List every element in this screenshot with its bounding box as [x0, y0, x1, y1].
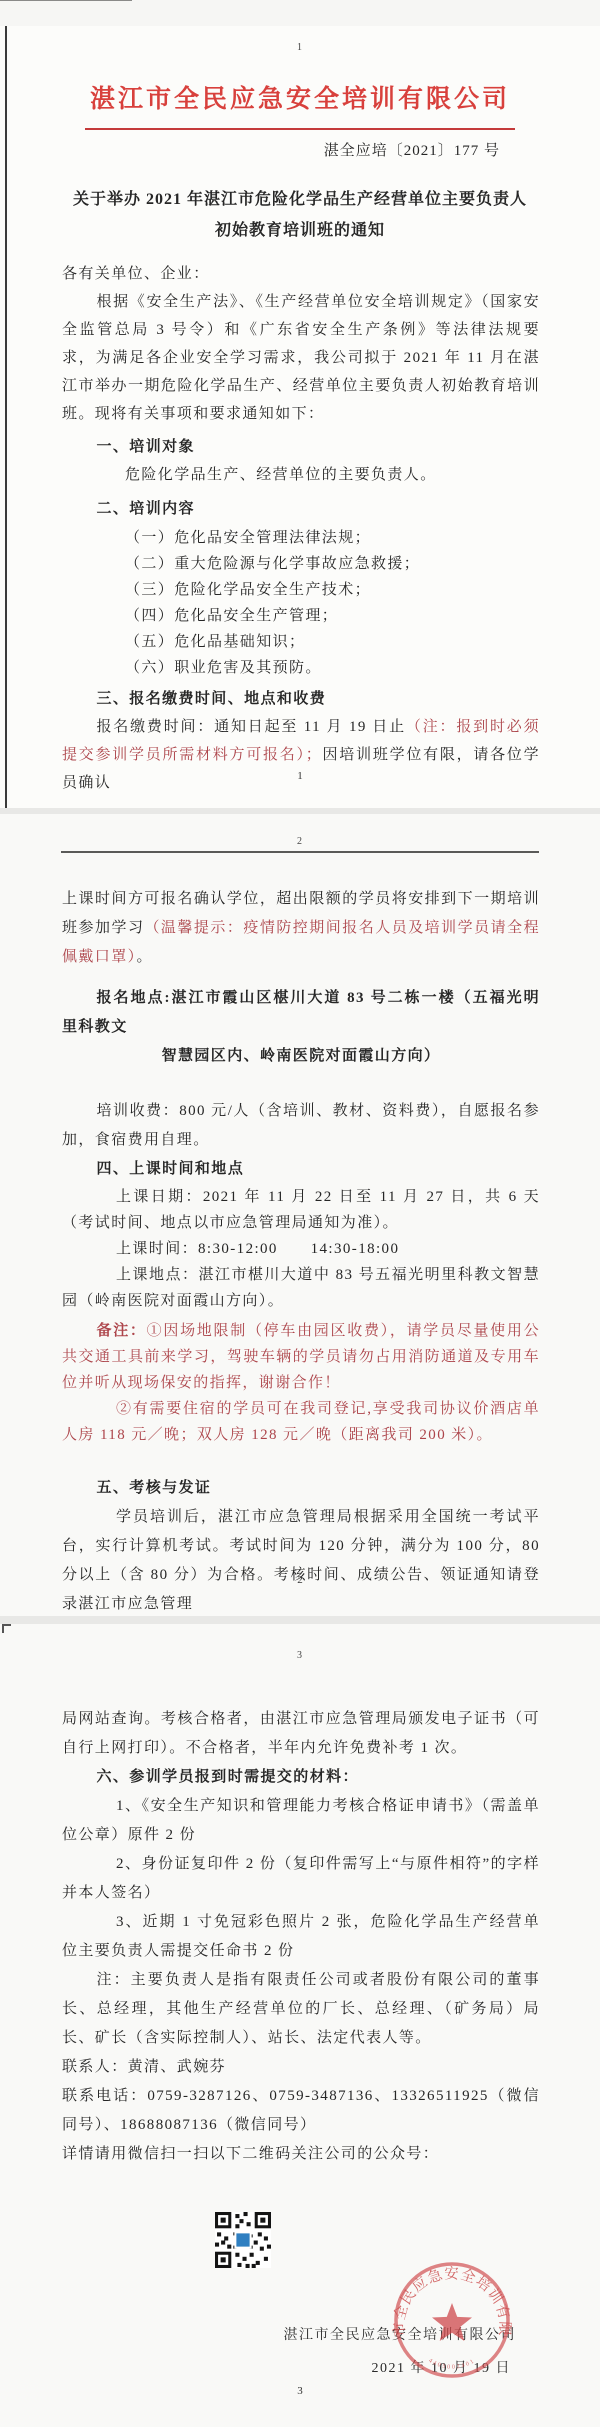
letterhead-red-rule — [85, 128, 515, 130]
scan-corner-mark — [2, 1624, 4, 1633]
page1-top-number: 1 — [0, 42, 600, 53]
page2-top-number: 2 — [0, 836, 600, 847]
material-item-2: 2、身份证复印件 2 份（复印件需写上“与原件相符”的字样并本人签名） — [62, 1850, 540, 1908]
notice-title-line1: 关于举办 2021 年湛江市危险化学品生产经营单位主要负责人 — [0, 184, 600, 215]
scan-edge-artifact — [0, 0, 132, 1]
section2-heading: 二、培训内容 — [62, 495, 540, 523]
section5-heading: 五、考核与发证 — [62, 1474, 540, 1503]
section1-body: 危险化学品生产、经营单位的主要负责人。 — [62, 461, 540, 489]
page3-top-number: 3 — [0, 1650, 600, 1661]
scan-left-shadow — [5, 26, 7, 808]
letterhead-org-name: 湛江市全民应急安全培训有限公司 — [0, 79, 600, 115]
registration-location-line2: 智慧园区内、岭南医院对面霞山方向） — [62, 1042, 540, 1071]
fee-paragraph: 培训收费：800 元/人（含培训、教材、资料费），自愿报名参加，食宿费用自理。 — [62, 1097, 540, 1155]
seal-star — [432, 2303, 472, 2341]
class-date: 上课日期：2021 年 11 月 22 日至 11 月 27 日，共 6 天（考… — [62, 1184, 540, 1236]
reg-time-text: 报名缴费时间：通知日起至 11 月 19 日止 — [97, 719, 406, 735]
salutation: 各有关单位、企业： — [62, 260, 540, 288]
page-2: 2 上课时间方可报名确认学位，超出限额的学员将安排到下一期培训班参加学习（温馨提… — [0, 814, 600, 1616]
registration-location-line1: 报名地点:湛江市霞山区椹川大道 83 号二栋一楼（五福光明里科教文 — [62, 984, 540, 1042]
section1-heading: 一、培训对象 — [62, 433, 540, 461]
note1-label: 备注： — [97, 1323, 147, 1339]
company-seal: 湛江市全民应急安全培训有限公司 4405002401 — [391, 2259, 513, 2386]
scanned-notice-document: 1 湛江市全民应急安全培训有限公司 湛全应培〔2021〕177 号 关于举办 2… — [0, 0, 600, 2427]
page-3: 3 局网站查询。考核合格者，由湛江市应急管理局颁发电子证书（可自行上网打印）。不… — [0, 1624, 600, 2427]
contact-person: 联系人：黄清、武婉芬 — [62, 2053, 540, 2082]
page-1: 1 湛江市全民应急安全培训有限公司 湛全应培〔2021〕177 号 关于举办 2… — [0, 26, 600, 808]
section3-heading: 三、报名缴费时间、地点和收费 — [62, 685, 540, 713]
exam-paragraph: 学员培训后，湛江市应急管理局根据采用全国统一考试平台，实行计算机考试。考试时间为… — [62, 1503, 540, 1619]
page3-bottom-number: 3 — [0, 2385, 600, 2397]
responsible-person-note: 注：主要负责人是指有限责任公司或者股份有限公司的董事长、总经理，其他生产经营单位… — [62, 1966, 540, 2053]
class-time: 上课时间：8:30-12:00 14:30-18:00 — [62, 1236, 540, 1262]
contact-phone: 联系电话：0759-3287126、0759-3487136、133265119… — [62, 2082, 540, 2140]
class-location: 上课地点：湛江市椹川大道中 83 号五福光明里科教文智慧园（岭南医院对面霞山方向… — [62, 1262, 540, 1314]
exam-continuation-paragraph: 局网站查询。考核合格者，由湛江市应急管理局颁发电子证书（可自行上网打印）。不合格… — [62, 1705, 540, 1763]
material-item-1: 1、《安全生产知识和管理能力考核合格证申请书》（需盖单位公章）原件 2 份 — [62, 1792, 540, 1850]
svg-text:4405002401: 4405002401 — [427, 2358, 476, 2371]
page2-bottom-number: 2 — [0, 1574, 600, 1586]
intro-paragraph: 根据《安全生产法》、《生产经营单位安全培训规定》（国家安全监管总局 3 号令）和… — [62, 288, 540, 428]
qr-tip: 详情请用微信扫一扫以下二维码关注公司的公众号： — [62, 2140, 540, 2169]
training-item-5: （五）危化品基础知识； — [62, 629, 540, 655]
seal-code-text: 4405002401 — [427, 2358, 476, 2371]
qr-code-image — [215, 2212, 271, 2268]
registration-paragraph: 报名缴费时间：通知日起至 11 月 19 日止（注：报到时必须提交参训学员所需材… — [62, 713, 540, 797]
training-item-2: （二）重大危险源与化学事故应急救援； — [62, 551, 540, 577]
qr-center-logo — [236, 2233, 249, 2246]
page2-top-rule — [61, 851, 539, 853]
document-number: 湛全应培〔2021〕177 号 — [0, 139, 600, 160]
notice-title-line2: 初始教育培训班的通知 — [0, 215, 600, 246]
training-item-1: （一）危化品安全管理法律法规； — [62, 525, 540, 551]
page1-bottom-number: 1 — [0, 770, 600, 782]
note1-paragraph: 备注：①因场地限制（停车由园区收费），请学员尽量使用公共交通工具前来学习，驾驶车… — [62, 1318, 540, 1396]
training-item-6: （六）职业危害及其预防。 — [62, 655, 540, 681]
qr-code — [215, 2212, 271, 2273]
section4-heading: 四、上课时间和地点 — [62, 1155, 540, 1184]
training-item-3: （三）危险化学品安全生产技术； — [62, 577, 540, 603]
note2-paragraph: ②有需要住宿的学员可在我司登记,享受我司协议价酒店单人房 118 元／晚；双人房… — [62, 1396, 540, 1448]
cont-end-text: 。 — [137, 949, 153, 965]
material-item-3: 3、近期 1 寸免冠彩色照片 2 张，危险化学品生产经营单位主要负责人需提交任命… — [62, 1908, 540, 1966]
training-item-4: （四）危化品安全生产管理； — [62, 603, 540, 629]
company-seal-image: 湛江市全民应急安全培训有限公司 4405002401 — [391, 2259, 513, 2381]
section6-heading: 六、参训学员报到时需提交的材料： — [62, 1763, 540, 1792]
continuation-paragraph: 上课时间方可报名确认学位，超出限额的学员将安排到下一期培训班参加学习（温馨提示：… — [62, 885, 540, 972]
page-gap-2 — [0, 1616, 600, 1624]
